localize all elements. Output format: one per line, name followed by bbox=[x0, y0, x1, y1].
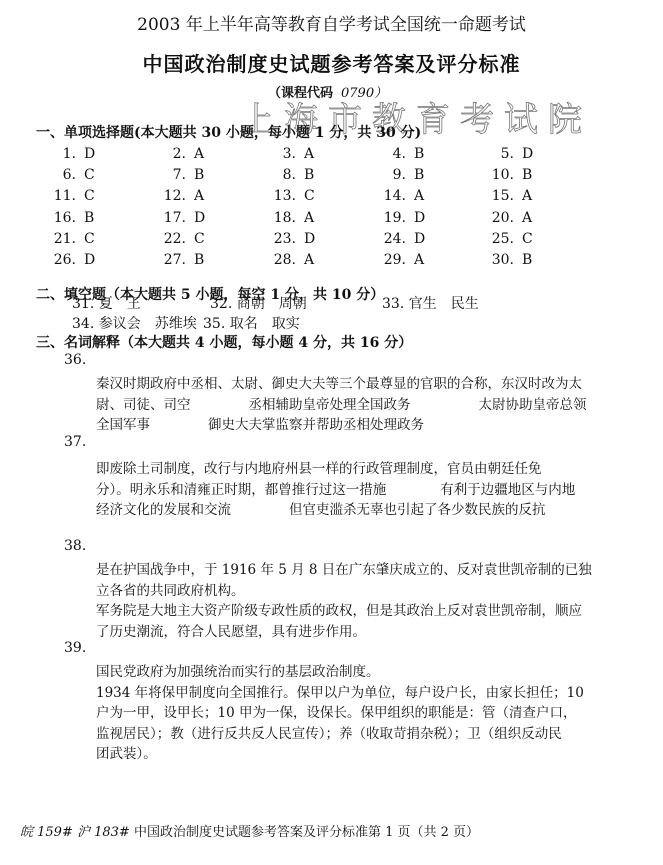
answer-letter: A bbox=[522, 188, 532, 204]
question-37-answer: 即废除土司制度，改行与内地府州县一样的行政管理制度，官员由朝廷任免 分）。明永乐… bbox=[96, 459, 636, 521]
answer-letter: B bbox=[414, 167, 424, 183]
answer-letter: B bbox=[194, 167, 204, 183]
footer-code-2: 沪 183# bbox=[77, 825, 130, 840]
course-code: （课程代码0790） bbox=[268, 82, 387, 101]
fill-answer-33: 33. 官生 民生 bbox=[382, 293, 479, 313]
mc-answer-30: 30.B bbox=[480, 252, 532, 268]
answer-line: 全国军事 bbox=[96, 417, 150, 433]
mc-answer-7: 7.B bbox=[152, 167, 204, 183]
course-code-value: 0790） bbox=[341, 86, 387, 101]
question-39-answer: 国民党政府为加强统治而实行的基层政治制度。 1934 年将保甲制度向全国推行。保… bbox=[96, 662, 636, 765]
fill-answer-34: 34. 参议会 苏维埃 bbox=[72, 313, 197, 333]
question-number: 2. bbox=[152, 146, 186, 162]
mc-answer-25: 25.C bbox=[480, 231, 533, 247]
mc-answer-23: 23.D bbox=[262, 231, 315, 247]
answer-line: 御史大夫掌监察并帮助丞相处理政务 bbox=[208, 417, 424, 433]
question-38-answer: 是在护国战争中，于 1916 年 5 月 8 日在广东肇庆成立的、反对袁世凯帝制… bbox=[96, 560, 636, 642]
mc-answer-17: 17.D bbox=[152, 210, 205, 226]
answer-line: 户为一甲，设甲长；10 甲为一保，设保长。保甲组织的职能是：管（清查户口， bbox=[96, 703, 636, 724]
question-number: 4. bbox=[372, 146, 406, 162]
question-number: 16. bbox=[42, 210, 76, 226]
question-number: 24. bbox=[372, 231, 406, 247]
answer-letter: A bbox=[414, 188, 424, 204]
answer-letter: A bbox=[414, 252, 424, 268]
question-number: 17. bbox=[152, 210, 186, 226]
answer-letter: C bbox=[84, 188, 95, 204]
mc-answer-2: 2.A bbox=[152, 146, 204, 162]
answer-letter: C bbox=[522, 231, 533, 247]
question-number: 23. bbox=[262, 231, 296, 247]
footer-code-1: 皖 159# bbox=[20, 825, 73, 840]
answer-letter: C bbox=[84, 167, 95, 183]
answer-letter: C bbox=[194, 231, 205, 247]
question-number: 13. bbox=[262, 188, 296, 204]
answer-line: 1934 年将保甲制度向全国推行。保甲以户为单位，每户设户长，由家长担任；10 bbox=[96, 683, 636, 704]
answer-letter: A bbox=[304, 146, 314, 162]
question-number: 20. bbox=[480, 210, 514, 226]
answer-line: 经济文化的发展和交流 bbox=[96, 502, 231, 518]
answer-letter: A bbox=[522, 210, 532, 226]
question-number: 22. bbox=[152, 231, 186, 247]
question-number: 1. bbox=[42, 146, 76, 162]
answer-line: 团武装）。 bbox=[96, 744, 636, 765]
mc-answer-26: 26.D bbox=[42, 252, 95, 268]
question-number: 14. bbox=[372, 188, 406, 204]
mc-answer-22: 22.C bbox=[152, 231, 205, 247]
answer-letter: D bbox=[194, 210, 205, 226]
mc-answer-20: 20.A bbox=[480, 210, 532, 226]
answer-letter: C bbox=[84, 231, 95, 247]
answer-line: 尉、司徒、司空 bbox=[96, 397, 191, 413]
question-number: 8. bbox=[262, 167, 296, 183]
mc-answer-21: 21.C bbox=[42, 231, 95, 247]
answer-letter: D bbox=[304, 231, 315, 247]
mc-answer-28: 28.A bbox=[262, 252, 314, 268]
answer-letter: B bbox=[414, 146, 424, 162]
page-footer: 皖 159# 沪 183# 中国政治制度史试题参考答案及评分标准第 1 页（共 … bbox=[20, 821, 479, 840]
question-38-number: 38. bbox=[64, 538, 86, 554]
question-36-number: 36. bbox=[64, 352, 86, 368]
footer-page-text: 中国政治制度史试题参考答案及评分标准第 1 页（共 2 页） bbox=[134, 825, 479, 840]
answer-letter: B bbox=[522, 167, 532, 183]
answer-letter: D bbox=[84, 252, 95, 268]
question-number: 3. bbox=[262, 146, 296, 162]
section-1-heading: 一、单项选择题(本大题共 30 小题，每小题 1 分，共 30 分) bbox=[36, 122, 421, 142]
question-number: 25. bbox=[480, 231, 514, 247]
mc-answer-18: 18.A bbox=[262, 210, 314, 226]
question-number: 28. bbox=[262, 252, 296, 268]
question-number: 18. bbox=[262, 210, 296, 226]
mc-answer-15: 15.A bbox=[480, 188, 532, 204]
question-number: 9. bbox=[372, 167, 406, 183]
mc-answer-29: 29.A bbox=[372, 252, 424, 268]
mc-answer-1: 1.D bbox=[42, 146, 95, 162]
question-number: 26. bbox=[42, 252, 76, 268]
answer-letter: D bbox=[414, 210, 425, 226]
question-number: 10. bbox=[480, 167, 514, 183]
answer-line: 立各省的共同政府机构。 bbox=[96, 581, 636, 602]
answer-line: 有利于边疆地区与内地 bbox=[440, 482, 575, 498]
answer-letter: A bbox=[304, 252, 314, 268]
question-number: 21. bbox=[42, 231, 76, 247]
answer-letter: A bbox=[194, 146, 204, 162]
mc-answer-5: 5.D bbox=[480, 146, 533, 162]
mc-answer-11: 11.C bbox=[42, 188, 95, 204]
mc-answer-3: 3.A bbox=[262, 146, 314, 162]
answer-line: 是在护国战争中，于 1916 年 5 月 8 日在广东肇庆成立的、反对袁世凯帝制… bbox=[96, 560, 636, 581]
answer-letter: B bbox=[304, 167, 314, 183]
question-number: 30. bbox=[480, 252, 514, 268]
mc-answer-8: 8.B bbox=[262, 167, 314, 183]
mc-answer-6: 6.C bbox=[42, 167, 95, 183]
course-code-label: （课程代码 bbox=[268, 86, 333, 101]
answer-letter: B bbox=[194, 252, 204, 268]
answer-line: 但官吏滥杀无辜也引起了各少数民族的反抗 bbox=[289, 502, 546, 518]
answer-letter: A bbox=[194, 188, 204, 204]
fill-answer-32: 32. 商朝 周朝 bbox=[210, 293, 307, 313]
question-number: 27. bbox=[152, 252, 186, 268]
question-37-number: 37. bbox=[64, 434, 86, 450]
mc-answer-16: 16.B bbox=[42, 210, 94, 226]
answer-line: 军务院是大地主大资产阶级专政性质的政权，但是其政治上反对袁世凯帝制，顺应 bbox=[96, 601, 636, 622]
answer-letter: A bbox=[304, 210, 314, 226]
mc-answer-24: 24.D bbox=[372, 231, 425, 247]
answer-letter: C bbox=[304, 188, 315, 204]
answer-line: 国民党政府为加强统治而实行的基层政治制度。 bbox=[96, 662, 636, 683]
question-39-number: 39. bbox=[64, 640, 86, 656]
mc-answer-27: 27.B bbox=[152, 252, 204, 268]
answer-line: 即废除土司制度，改行与内地府州县一样的行政管理制度，官员由朝廷任免 bbox=[96, 459, 636, 480]
mc-answer-12: 12.A bbox=[152, 188, 204, 204]
question-number: 7. bbox=[152, 167, 186, 183]
answer-line: 监视居民）；教（进行反共反人民宣传）；养（收取苛捐杂税）；卫（组织反动民 bbox=[96, 724, 636, 745]
mc-answer-13: 13.C bbox=[262, 188, 315, 204]
mc-answer-4: 4.B bbox=[372, 146, 424, 162]
answer-letter: B bbox=[522, 252, 532, 268]
question-number: 29. bbox=[372, 252, 406, 268]
question-number: 19. bbox=[372, 210, 406, 226]
answer-line: 分）。明永乐和清雍正时期，都曾推行过这一措施 bbox=[96, 482, 386, 498]
answer-line: 丞相辅助皇帝处理全国政务 bbox=[249, 397, 411, 413]
answer-letter: D bbox=[522, 146, 533, 162]
document-title: 中国政治制度史试题参考答案及评分标准 bbox=[0, 48, 663, 77]
question-number: 15. bbox=[480, 188, 514, 204]
answer-letter: B bbox=[84, 210, 94, 226]
question-number: 12. bbox=[152, 188, 186, 204]
fill-answer-31: 31. 夏 王 bbox=[72, 293, 141, 313]
question-number: 5. bbox=[480, 146, 514, 162]
section-3-heading: 三、名词解释（本大题共 4 小题，每小题 4 分，共 16 分） bbox=[36, 332, 412, 352]
question-36-answer: 秦汉时期政府中丞相、太尉、御史大夫等三个最尊显的官职的合称，东汉时改为太 尉、司… bbox=[96, 374, 636, 436]
answer-line: 秦汉时期政府中丞相、太尉、御史大夫等三个最尊显的官职的合称，东汉时改为太 bbox=[96, 374, 636, 395]
question-number: 11. bbox=[42, 188, 76, 204]
question-number: 6. bbox=[42, 167, 76, 183]
answer-line: 太尉协助皇帝总领 bbox=[479, 397, 587, 413]
mc-answer-14: 14.A bbox=[372, 188, 424, 204]
exam-title: 2003 年上半年高等教育自学考试全国统一命题考试 bbox=[0, 10, 663, 35]
mc-answer-10: 10.B bbox=[480, 167, 532, 183]
answer-letter: D bbox=[84, 146, 95, 162]
fill-answer-35: 35. 取名 取实 bbox=[203, 313, 300, 333]
answer-line: 了历史潮流，符合人民愿望，具有进步作用。 bbox=[96, 622, 636, 643]
mc-answer-19: 19.D bbox=[372, 210, 425, 226]
mc-answer-9: 9.B bbox=[372, 167, 424, 183]
answer-letter: D bbox=[414, 231, 425, 247]
